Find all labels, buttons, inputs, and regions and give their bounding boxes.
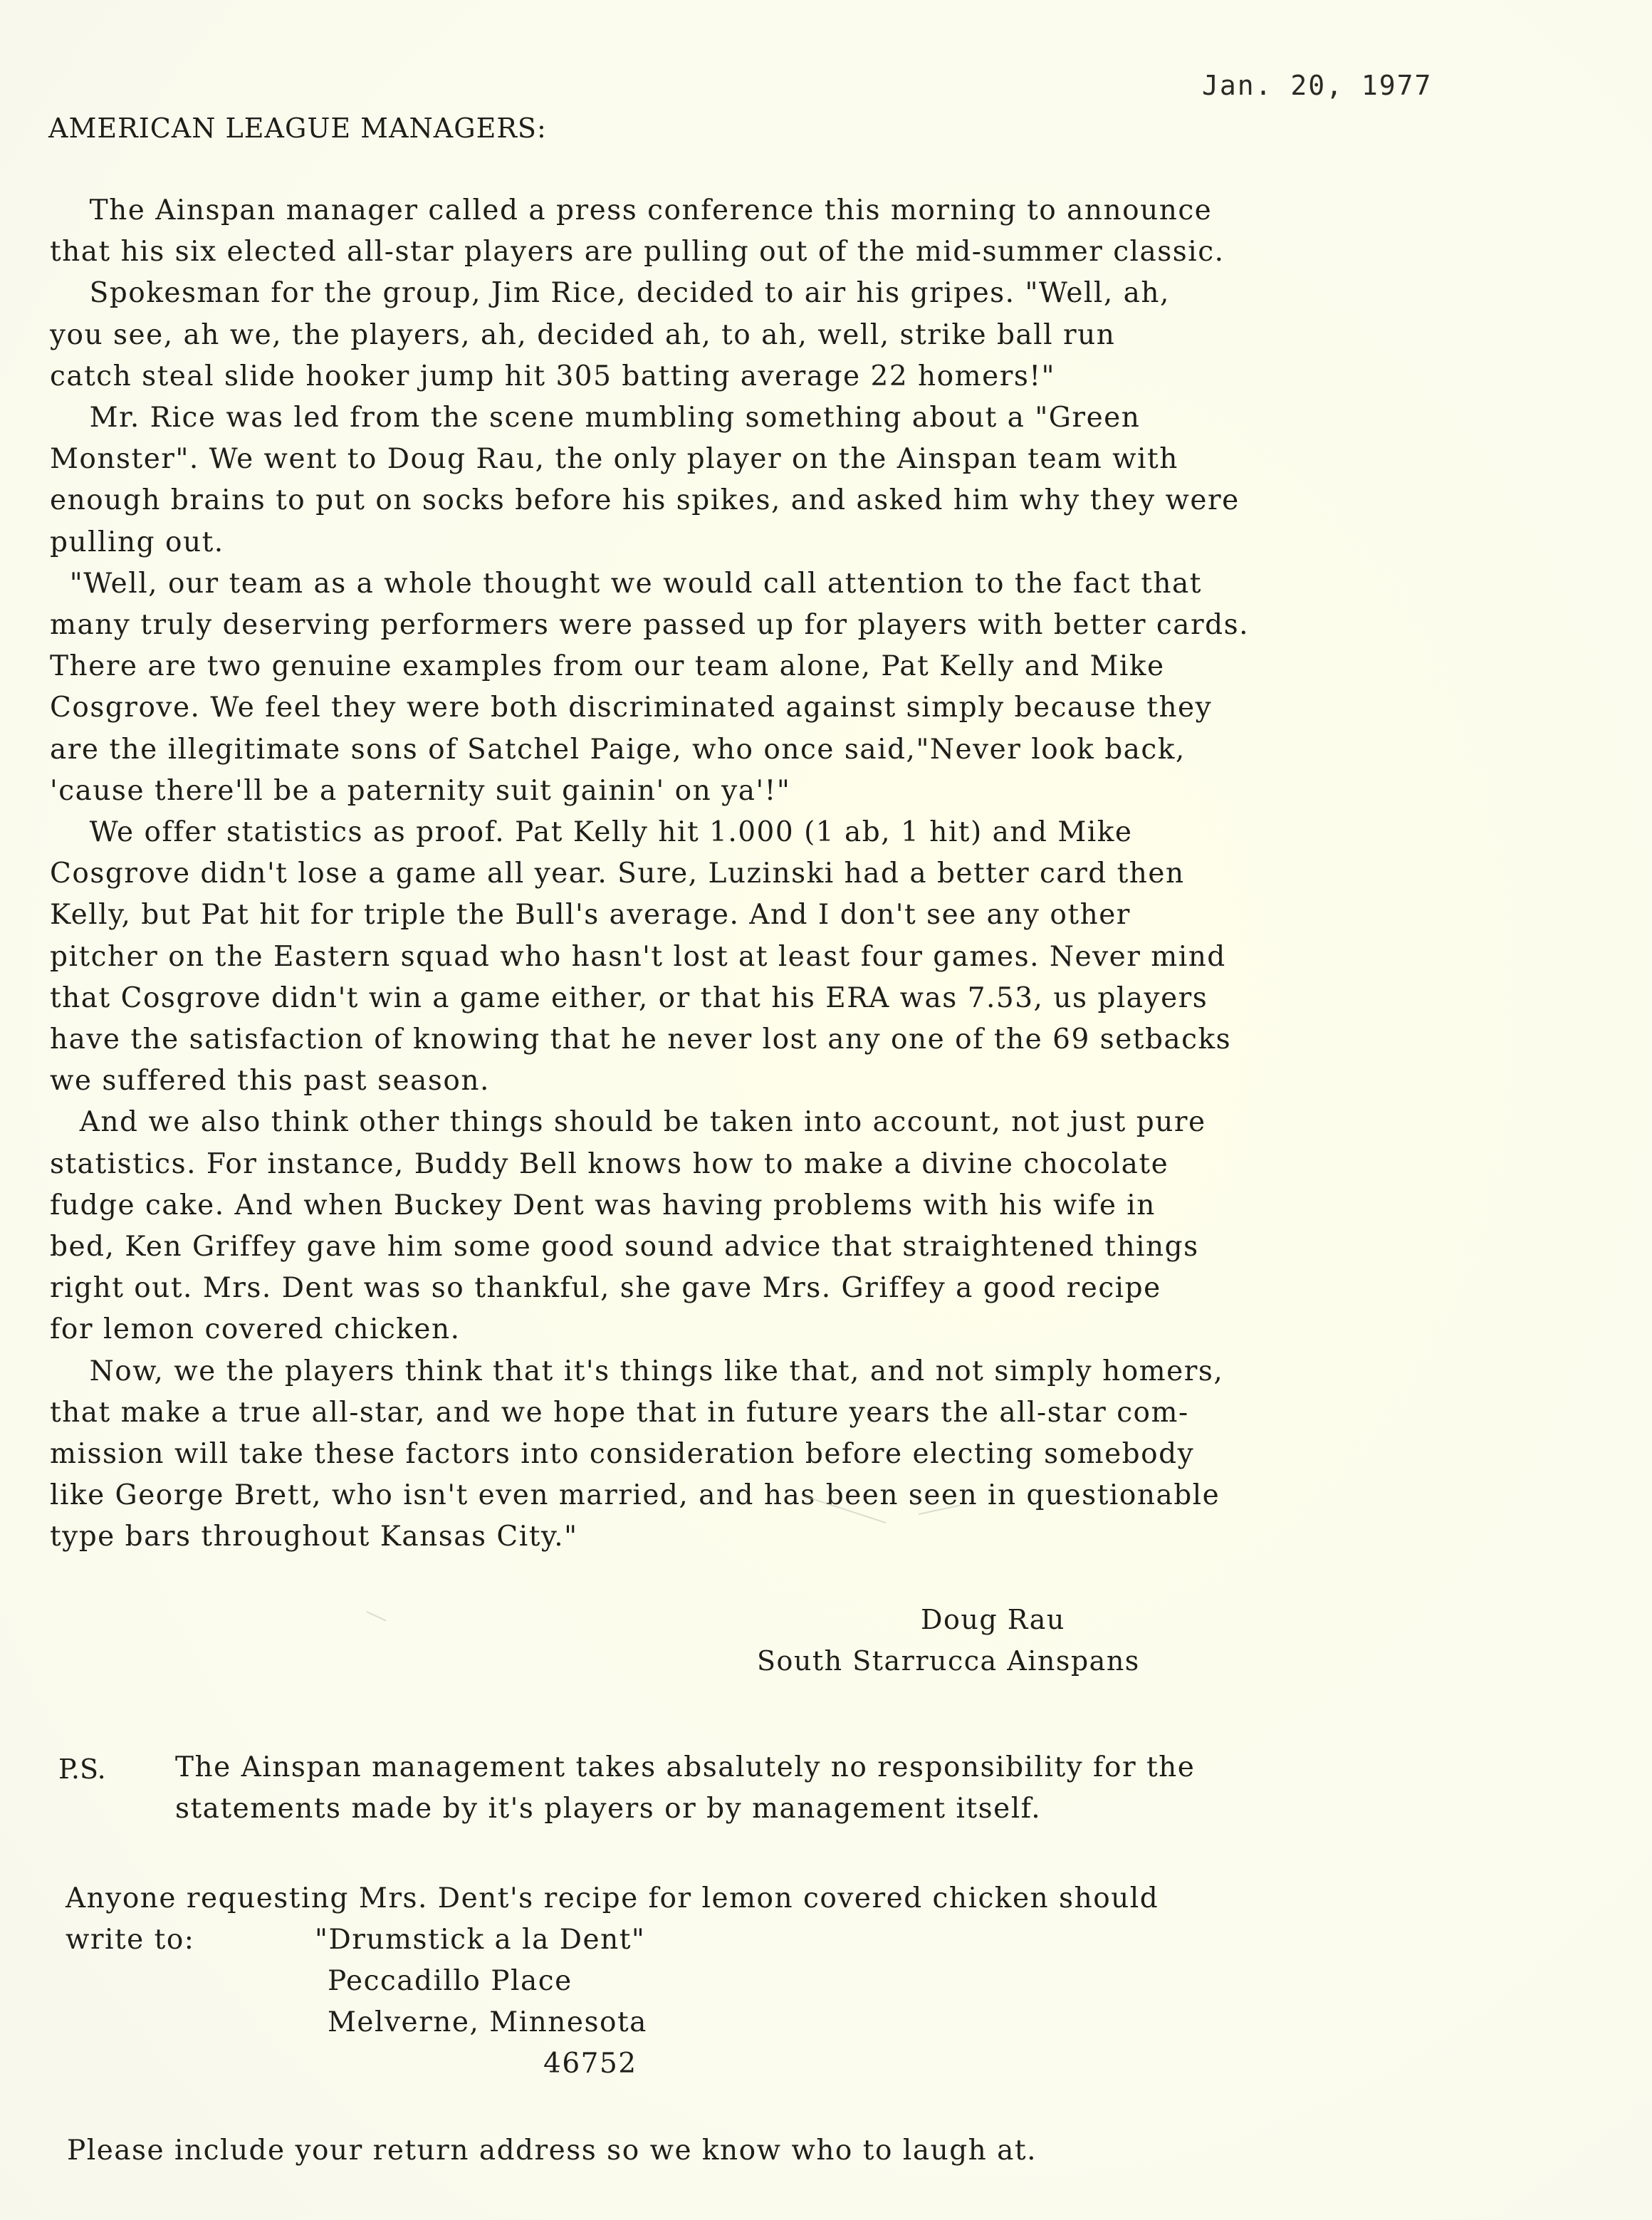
body-line: pitcher on the Eastern squad who hasn't …	[50, 943, 1226, 971]
body-line: Spokesman for the group, Jim Rice, decid…	[50, 279, 1170, 307]
address-line: Melverne, Minnesota	[328, 2008, 647, 2036]
postscript-line: statements made by it's players or by ma…	[175, 1795, 1041, 1823]
body-line: like George Brett, who isn't even marrie…	[50, 1481, 1220, 1509]
body-line: that his six elected all-star players ar…	[50, 238, 1225, 266]
letter-date: Jan. 20, 1977	[1202, 70, 1432, 101]
write-to-label: write to:	[66, 1926, 194, 1954]
address-line: Peccadillo Place	[328, 1967, 573, 1995]
body-line: Cosgrove. We feel they were both discrim…	[50, 694, 1212, 721]
body-line: are the illegitimate sons of Satchel Pai…	[50, 736, 1186, 764]
body-line: Kelly, but Pat hit for triple the Bull's…	[50, 901, 1131, 929]
body-line: that Cosgrove didn't win a game either, …	[50, 984, 1208, 1012]
body-line: 'cause there'll be a paternity suit gain…	[50, 777, 790, 805]
scan-mark	[367, 1611, 387, 1621]
body-line: enough brains to put on socks before his…	[50, 486, 1240, 514]
closing-line: Please include your return address so we…	[67, 2137, 1037, 2164]
body-line: right out. Mrs. Dent was so thankful, sh…	[50, 1274, 1161, 1302]
postscript-label: P.S.	[58, 1753, 106, 1785]
recipe-request-line: Anyone requesting Mrs. Dent's recipe for…	[66, 1885, 1159, 1912]
salutation: AMERICAN LEAGUE MANAGERS:	[48, 113, 547, 144]
body-line: The Ainspan manager called a press confe…	[50, 197, 1212, 224]
postscript-line: The Ainspan management takes absalutely …	[175, 1753, 1195, 1781]
body-line: There are two genuine examples from our …	[50, 652, 1165, 680]
body-line: type bars throughout Kansas City."	[50, 1523, 578, 1551]
body-line: for lemon covered chicken.	[50, 1315, 461, 1343]
signature-name: Doug Rau	[921, 1604, 1065, 1635]
body-line: catch steal slide hooker jump hit 305 ba…	[50, 363, 1055, 390]
body-line: many truly deserving performers were pas…	[50, 611, 1249, 639]
body-line: statistics. For instance, Buddy Bell kno…	[50, 1150, 1169, 1178]
body-line: Cosgrove didn't lose a game all year. Su…	[50, 860, 1185, 887]
address-line: "Drumstick a la Dent"	[315, 1926, 645, 1954]
body-line: "Well, our team as a whole thought we wo…	[50, 570, 1202, 598]
body-line: that make a true all-star, and we hope t…	[50, 1399, 1189, 1427]
body-line: Mr. Rice was led from the scene mumbling…	[50, 404, 1140, 432]
address-zip: 46752	[543, 2050, 637, 2078]
body-line: fudge cake. And when Buckey Dent was hav…	[50, 1192, 1156, 1219]
body-line: Monster". We went to Doug Rau, the only …	[50, 445, 1178, 473]
body-line: pulling out.	[50, 528, 224, 556]
body-line: Now, we the players think that it's thin…	[50, 1357, 1223, 1385]
body-line: you see, ah we, the players, ah, decided…	[50, 321, 1115, 349]
body-line: We offer statistics as proof. Pat Kelly …	[50, 818, 1132, 846]
body-line: mission will take these factors into con…	[50, 1440, 1194, 1468]
body-line: have the satisfaction of knowing that he…	[50, 1026, 1231, 1053]
body-line: And we also think other things should be…	[50, 1108, 1206, 1136]
letter-page: Jan. 20, 1977 AMERICAN LEAGUE MANAGERS: …	[0, 0, 1652, 2220]
body-line: we suffered this past season.	[50, 1067, 490, 1095]
signature-team: South Starrucca Ainspans	[757, 1645, 1140, 1677]
body-line: bed, Ken Griffey gave him some good soun…	[50, 1233, 1199, 1261]
